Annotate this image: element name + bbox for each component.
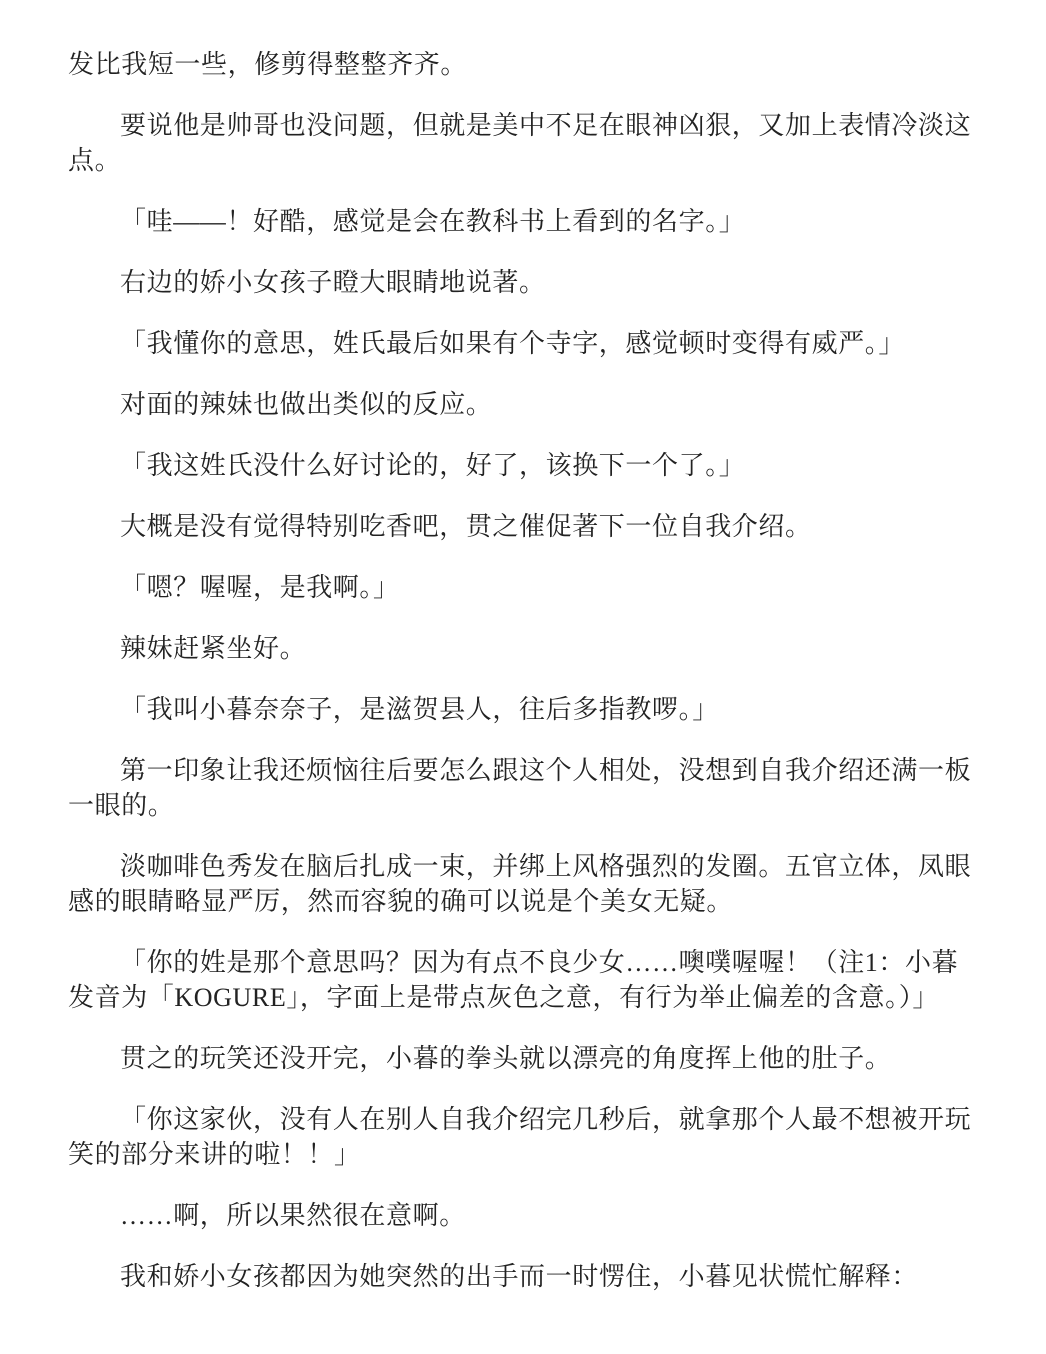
paragraph: 辣妹赶紧坐好。 (68, 631, 978, 666)
paragraph: 淡咖啡色秀发在脑后扎成一束，并绑上风格强烈的发圈。五官立体，凤眼感的眼睛略显严厉… (68, 849, 978, 919)
paragraph: 对面的辣妹也做出类似的反应。 (68, 387, 978, 422)
paragraph: 「嗯？喔喔，是我啊。」 (68, 570, 978, 605)
paragraph: 第一印象让我还烦恼往后要怎么跟这个人相处，没想到自我介绍还满一板一眼的。 (68, 753, 978, 823)
paragraph: 「我这姓氏没什么好讨论的，好了，该换下一个了。」 (68, 448, 978, 483)
paragraph: 右边的娇小女孩子瞪大眼睛地说著。 (68, 265, 978, 300)
paragraph: 要说他是帅哥也没问题，但就是美中不足在眼神凶狠，又加上表情冷淡这点。 (68, 108, 978, 178)
paragraph: 「我懂你的意思，姓氏最后如果有个寺字，感觉顿时变得有威严。」 (68, 326, 978, 361)
paragraph: ……啊，所以果然很在意啊。 (68, 1198, 978, 1233)
novel-page: 发比我短一些，修剪得整整齐齐。要说他是帅哥也没问题，但就是美中不足在眼神凶狠，又… (0, 0, 1046, 1354)
paragraph: 大概是没有觉得特别吃香吧，贯之催促著下一位自我介绍。 (68, 509, 978, 544)
paragraph: 「你的姓是那个意思吗？因为有点不良少女……噢噗喔喔！（注1：小暮发音为「KOGU… (68, 945, 978, 1015)
paragraph: 「你这家伙，没有人在别人自我介绍完几秒后，就拿那个人最不想被开玩笑的部分来讲的啦… (68, 1102, 978, 1172)
paragraph: 「哇——！好酷，感觉是会在教科书上看到的名字。」 (68, 204, 978, 239)
paragraph: 「我叫小暮奈奈子，是滋贺县人，往后多指教啰。」 (68, 692, 978, 727)
paragraph: 我和娇小女孩都因为她突然的出手而一时愣住，小暮见状慌忙解释： (68, 1259, 978, 1294)
page-content: 发比我短一些，修剪得整整齐齐。要说他是帅哥也没问题，但就是美中不足在眼神凶狠，又… (68, 47, 978, 1294)
paragraph: 发比我短一些，修剪得整整齐齐。 (68, 47, 978, 82)
paragraph: 贯之的玩笑还没开完，小暮的拳头就以漂亮的角度挥上他的肚子。 (68, 1041, 978, 1076)
